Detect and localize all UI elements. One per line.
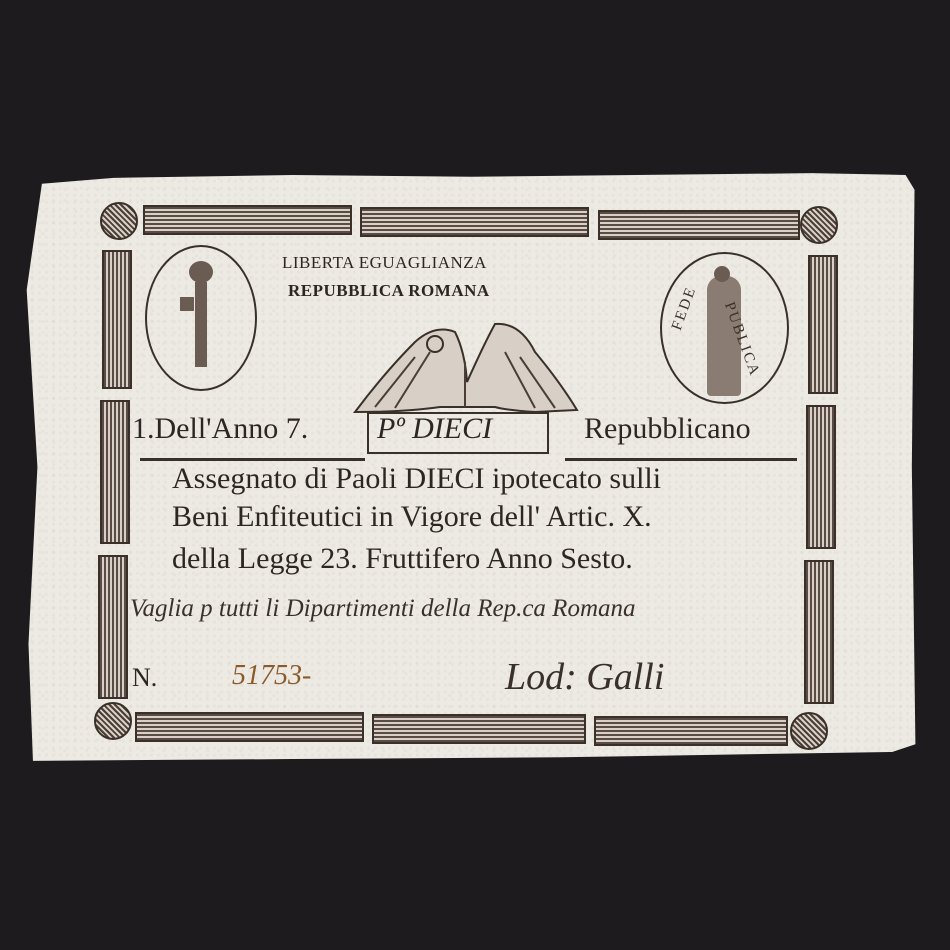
body-text-line-3: della Legge 23. Fruttifero Anno Sesto. — [172, 542, 633, 576]
liberty-cap-icon — [189, 261, 213, 283]
frame-right-fasces — [808, 255, 838, 394]
serial-label: N. — [132, 663, 157, 693]
frame-bottom-fasces — [135, 712, 364, 742]
corner-knob-top-left — [100, 202, 138, 240]
handwritten-validity-line: Vaglia p tutti li Dipartimenti della Rep… — [130, 595, 636, 623]
frame-top-fasces — [143, 205, 352, 235]
corner-knob-bottom-left — [94, 702, 132, 740]
motto: LIBERTA EGUAGLIANZA — [282, 253, 487, 273]
frame-left-fasces — [98, 555, 128, 699]
figure-head-icon — [714, 266, 730, 282]
eagle-icon — [345, 312, 585, 427]
date-line-suffix: Repubblicano — [584, 412, 751, 446]
frame-left-fasces — [102, 250, 132, 389]
left-medallion — [145, 245, 257, 391]
fasces-icon — [195, 282, 207, 367]
serial-number: 51753- — [232, 660, 311, 692]
body-text-line-2: Beni Enfiteutici in Vigore dell' Artic. … — [172, 500, 652, 534]
body-text-line-1: Assegnato di Paoli DIECI ipotecato sulli — [172, 462, 661, 496]
issuer-title: REPUBBLICA ROMANA — [288, 281, 490, 301]
divider-right — [565, 458, 797, 461]
frame-left-fasces — [100, 400, 130, 544]
frame-bottom-fasces — [372, 714, 586, 744]
denomination-label: Pº DIECI — [377, 412, 492, 446]
frame-right-fasces — [806, 405, 836, 549]
date-line-prefix: 1.Dell'Anno 7. — [132, 412, 308, 446]
corner-knob-top-right — [800, 206, 838, 244]
divider-left — [140, 458, 365, 461]
corner-knob-bottom-right — [790, 712, 828, 750]
axe-icon — [180, 297, 194, 311]
frame-top-fasces — [360, 207, 589, 237]
frame-top-fasces — [598, 210, 800, 240]
signature: Lod: Galli — [505, 655, 664, 699]
frame-right-fasces — [804, 560, 834, 704]
frame-bottom-fasces — [594, 716, 788, 746]
